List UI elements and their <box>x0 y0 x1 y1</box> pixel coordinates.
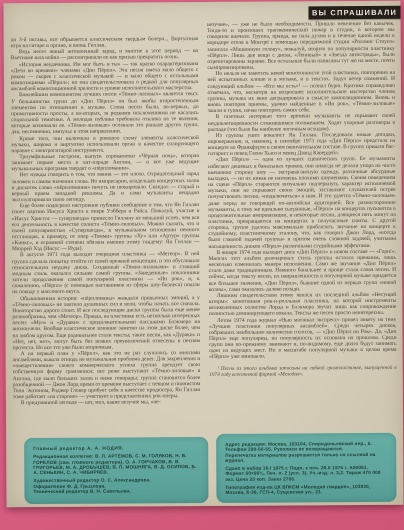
article-paragraph: Триумфальные гастроли, выпуск сорокапятк… <box>11 153 199 173</box>
article-paragraph: Но нельзя не заметить некой монотонности… <box>207 70 395 114</box>
print-info-line: Сдано в набор 18.I 1975 г. Подп. к печ. … <box>225 465 387 482</box>
chief-editor-line: Главный редактор А. А. НОДИЯ. <box>33 445 199 451</box>
article-paragraph: Важнейшим компонентом лучших песен «Тёмн… <box>11 91 199 135</box>
paper-sheet: ВЫ СПРАШИВАЛИ до 3-й октавы, все обрывае… <box>3 1 403 507</box>
article-paragraph: В августе 1971 года выходит очередная пл… <box>12 251 200 295</box>
article-right-column: везучие», — уже не было необходимости. П… <box>207 21 397 434</box>
article-paragraph: В газетных интервью того времени музыкан… <box>208 113 396 133</box>
article-paragraph: «Дип Пёрпл» — одна из лучших сценических… <box>208 156 396 249</box>
article-body: до 3-й октавы, все обрывается классическ… <box>11 21 398 435</box>
imprint-area: Главный редактор А. А. НОДИЯ. Редакционн… <box>6 433 403 504</box>
printer-line: Типография изд-ва ЦК ВЛКСМ «Молодая гвар… <box>225 484 387 496</box>
address-imprint-box: Адрес редакции: Москва, 103104, Спиридон… <box>216 433 396 503</box>
reprint-line: Перепечатка материалов разрешается тольк… <box>225 451 387 463</box>
article-left-column: до 3-й октавы, все обрывается классическ… <box>11 22 201 435</box>
section-header-label: ВЫ СПРАШИВАЛИ <box>312 8 397 18</box>
article-paragraph: везучие», — уже не было необходимости. П… <box>207 21 395 71</box>
article-paragraph: В январе 1974 года выходит диск «Дип Пёр… <box>208 249 396 293</box>
article-paragraph: Лишним свидетельством этому явился их по… <box>209 292 397 318</box>
article-paragraph: В придуманной легенде — вот, мол, какие … <box>13 399 201 406</box>
tech-editor-line: Технический редактор В. Н. Савельева. <box>33 488 199 494</box>
footnote: ¹ Песни из этого альбома записаны на гиб… <box>209 364 397 377</box>
magazine-page-scan: ВЫ СПРАШИВАЛИ до 3-й октавы, все обрывае… <box>0 0 404 530</box>
article-paragraph: Нет нужды говорить о том, что мания — эт… <box>11 171 199 203</box>
editorial-staff-box: Главный редактор А. А. НОДИЯ. Редакционн… <box>24 437 208 504</box>
article-right-column-text: везучие», — уже не было необходимости. П… <box>207 21 397 361</box>
article-paragraph: Еще более подогрело настроение публики с… <box>12 202 200 252</box>
article-paragraph: Из группы ушел вокалист Ян Гиллан. После… <box>208 132 396 158</box>
article-paragraph: «История неудачника. Им мог быть и ты» —… <box>11 61 199 93</box>
article-paragraph: Кроме того, они включили в роковую схему… <box>11 135 199 155</box>
editorial-board-line: Редакционная коллегия: В. Л. АРТЕМОВ, С.… <box>33 453 199 475</box>
article-paragraph: А на первый план у «Пёрпл», как это не р… <box>13 350 201 400</box>
article-paragraph: Ведь несет явный антивоенный заряд, и мн… <box>11 48 199 61</box>
article-paragraph: Летом 1974 года журнал «Нью мюзикал эксп… <box>209 316 397 360</box>
article-paragraph: Обыкновенная история: «пёрпломаны» жажда… <box>12 295 200 352</box>
section-header-bar: ВЫ СПРАШИВАЛИ <box>308 6 400 20</box>
